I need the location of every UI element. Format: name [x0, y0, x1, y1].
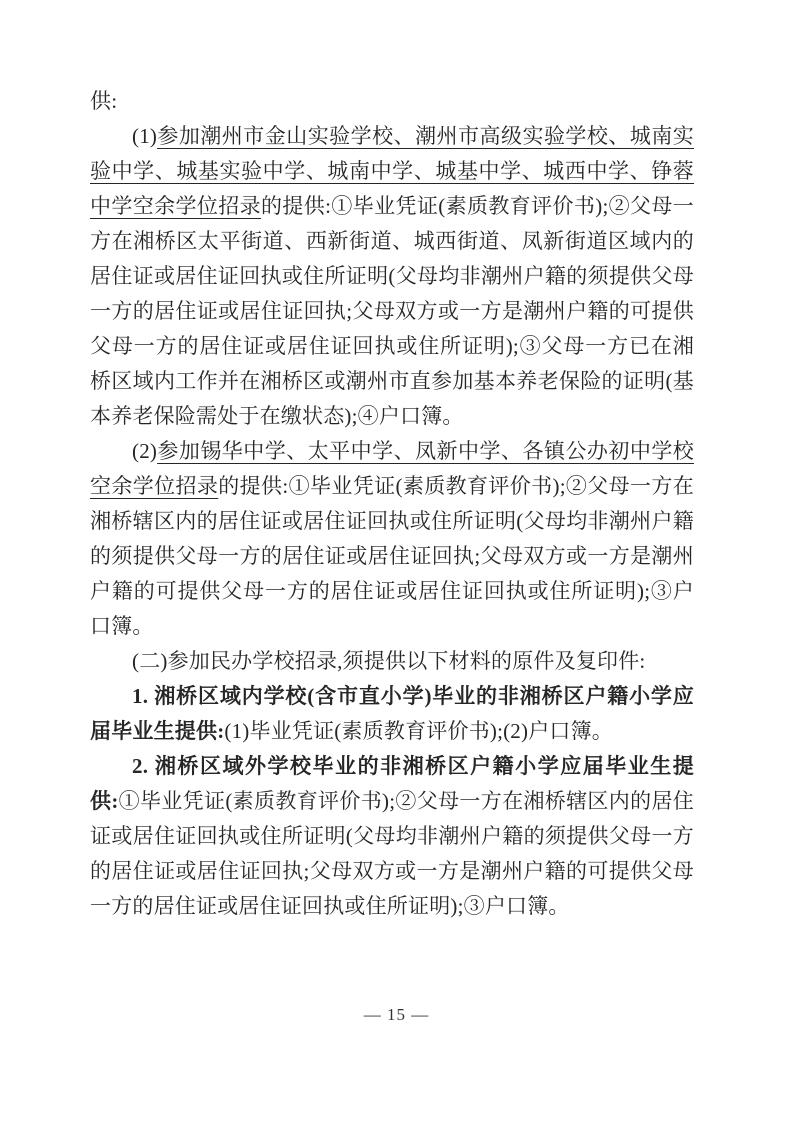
text-segment: ①毕业凭证(素质教育评价书);②父母一方在湘桥辖区内的居住证或居住证回执或住所证… [90, 789, 694, 918]
text-segment: 的提供:①毕业凭证(素质教育评价书);②父母一方在湘桥区太平街道、西新街道、城西… [90, 194, 694, 428]
text-segment: (2) [132, 439, 157, 463]
text-segment: (1)毕业凭证(素质教育评价书);(2)户口簿。 [224, 719, 613, 743]
text-segment: (1) [132, 124, 157, 148]
page-number: — 15 — [0, 1005, 793, 1025]
document-page: 供:(1)参加潮州市金山实验学校、潮州市高级实验学校、城南实验中学、城基实验中学… [0, 0, 793, 1121]
text-segment: (二)参加民办学校招录,须提供以下材料的原件及复印件: [132, 649, 645, 673]
paragraph: (二)参加民办学校招录,须提供以下材料的原件及复印件: [90, 644, 694, 679]
text-segment: 的提供:①毕业凭证(素质教育评价书);②父母一方在湘桥辖区内的居住证或居住证回执… [90, 474, 694, 638]
paragraph: (1)参加潮州市金山实验学校、潮州市高级实验学校、城南实验中学、城基实验中学、城… [90, 119, 694, 434]
paragraph: 1. 湘桥区域内学校(含市直小学)毕业的非湘桥区户籍小学应届毕业生提供:(1)毕… [90, 679, 694, 749]
paragraph: 供: [90, 84, 694, 119]
paragraph: 2. 湘桥区域外学校毕业的非湘桥区户籍小学应届毕业生提供:①毕业凭证(素质教育评… [90, 749, 694, 924]
text-segment: 供: [90, 89, 117, 113]
paragraph: (2)参加锡华中学、太平中学、凤新中学、各镇公办初中学校空余学位招录的提供:①毕… [90, 434, 694, 644]
paragraphs: 供:(1)参加潮州市金山实验学校、潮州市高级实验学校、城南实验中学、城基实验中学… [90, 84, 694, 924]
